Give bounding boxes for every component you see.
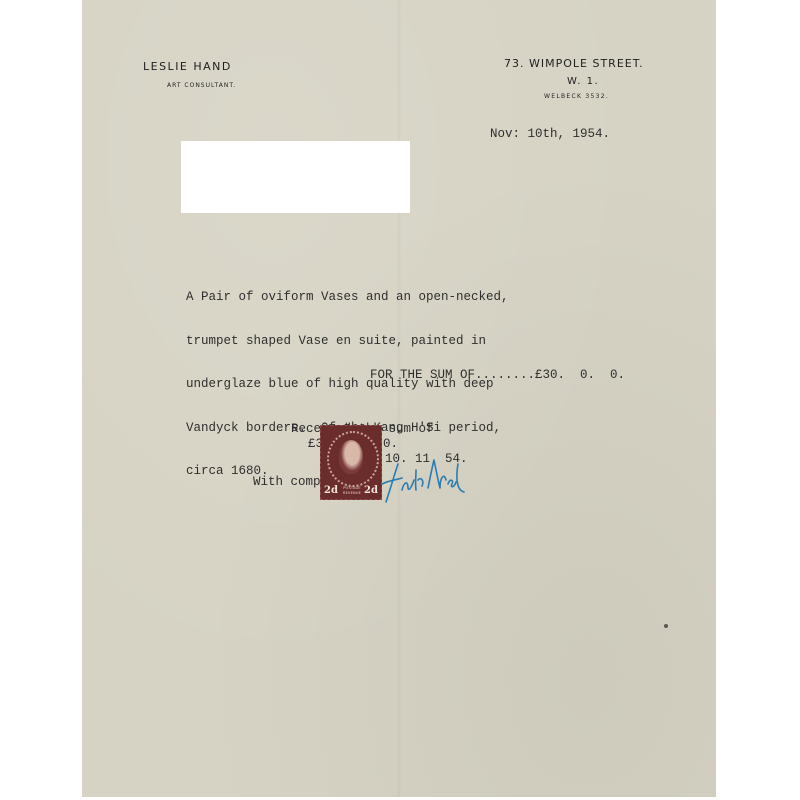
description-line: trumpet shaped Vase en suite, painted in xyxy=(186,334,509,349)
paper-blemish xyxy=(664,624,668,628)
stamp-value-left: 2d xyxy=(324,485,338,496)
stamp-portrait-icon xyxy=(339,440,363,474)
stamp-caption-bottom: REVENUE xyxy=(337,491,367,496)
letterhead-street: 73. WIMPOLE STREET. xyxy=(504,57,644,70)
letterhead-phone: WELBECK 3532. xyxy=(544,93,609,100)
redacted-recipient-block xyxy=(181,141,410,213)
postage-stamp: 2d POSTAGE REVENUE 2d xyxy=(320,425,382,500)
description-line: A Pair of oviform Vases and an open-neck… xyxy=(186,290,509,305)
letterhead-district: W. 1. xyxy=(567,76,599,87)
sum-line: FOR THE SUM OF........£30. 0. 0. xyxy=(370,368,625,383)
letterhead-name: LESLIE HAND xyxy=(143,60,232,73)
letter-date: Nov: 10th, 1954. xyxy=(490,127,610,142)
stamp-caption: POSTAGE REVENUE xyxy=(337,486,367,495)
letterhead-role: ART CONSULTANT. xyxy=(167,82,236,89)
letter-page: LESLIE HAND ART CONSULTANT. 73. WIMPOLE … xyxy=(82,0,716,797)
signature-icon xyxy=(378,450,468,510)
stamp-value-right: 2d xyxy=(364,485,378,496)
